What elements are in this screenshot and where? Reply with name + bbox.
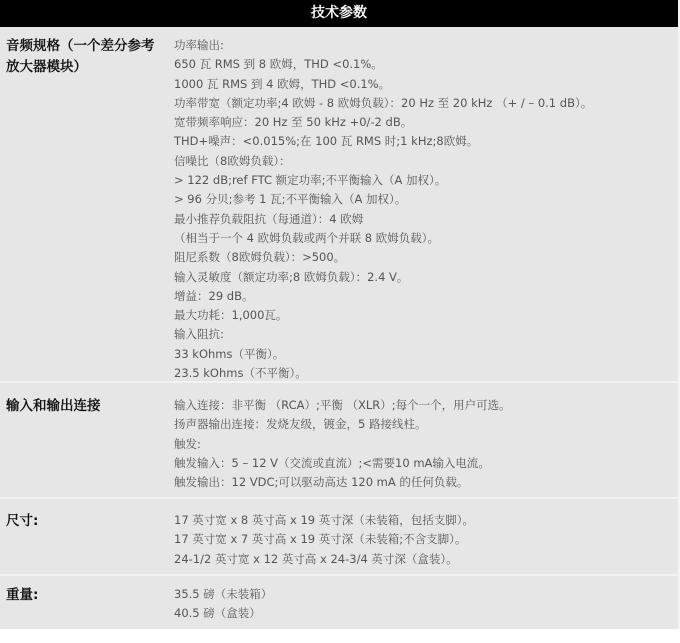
spec-line: 40.5 磅（盒装） (174, 604, 678, 623)
spec-line: 17 英寸宽 x 8 英寸高 x 19 英寸深（未装箱，包括支脚）。 (174, 511, 678, 530)
spec-line: 输入灵敏度（额定功率;8 欧姆负载）：2.4 V。 (174, 268, 678, 287)
spec-line: （相当于一个 4 欧姆负载或两个并联 8 欧姆负载）。 (174, 229, 678, 248)
spec-table: 技术参数 音频规格（一个差分参考 放大器模块） 功率输出: 650 瓦 RMS … (0, 0, 680, 629)
spec-row-weight: 重量: 35.5 磅（未装箱） 40.5 磅（盒装） (0, 574, 678, 629)
spec-line: 输入阻抗: (174, 325, 678, 344)
spec-label-io: 输入和输出连接 (0, 396, 174, 497)
spec-line: 功率输出: (174, 36, 678, 55)
table-header: 技术参数 (0, 0, 678, 27)
spec-line: 信噪比（8欧姆负载）： (174, 152, 678, 171)
table-title: 技术参数 (311, 5, 367, 21)
spec-values-audio: 功率输出: 650 瓦 RMS 到 8 欧姆，THD <0.1%。 1000 瓦… (174, 35, 678, 381)
spec-line: > 96 分贝;参考 1 瓦;不平衡输入（A 加权）。 (174, 190, 678, 209)
spec-line: 增益：29 dB。 (174, 287, 678, 306)
spec-line: > 122 dB;ref FTC 额定功率;不平衡输入（A 加权）。 (174, 171, 678, 190)
spec-line: 触发: (174, 435, 678, 454)
spec-label-audio: 音频规格（一个差分参考 放大器模块） (0, 35, 174, 381)
spec-line: 33 kOhms（平衡）。 (174, 345, 678, 364)
spec-row-io: 输入和输出连接 输入连接：非平衡 （RCA）;平衡 （XLR）;每个一个，用户可… (0, 381, 678, 497)
spec-row-dimensions: 尺寸: 17 英寸宽 x 8 英寸高 x 19 英寸深（未装箱，包括支脚）。 1… (0, 497, 678, 574)
spec-line: 1000 瓦 RMS 到 4 欧姆，THD <0.1%。 (174, 75, 678, 94)
spec-line: 17 英寸宽 x 7 英寸高 x 19 英寸深（未装箱;不含支脚）。 (174, 530, 678, 549)
spec-line: 35.5 磅（未装箱） (174, 585, 678, 604)
spec-label-weight: 重量: (0, 585, 174, 629)
spec-label-dimensions: 尺寸: (0, 511, 174, 574)
label-line: 放大器模块） (6, 57, 174, 78)
spec-row-audio: 音频规格（一个差分参考 放大器模块） 功率输出: 650 瓦 RMS 到 8 欧… (0, 27, 678, 381)
spec-line: 阻尼系数（8欧姆负载）：>500。 (174, 248, 678, 267)
spec-line: 宽带频率响应：20 Hz 至 50 kHz +0/-2 dB。 (174, 113, 678, 132)
spec-values-io: 输入连接：非平衡 （RCA）;平衡 （XLR）;每个一个，用户可选。 扬声器输出… (174, 396, 678, 497)
spec-line: 24-1/2 英寸宽 x 12 英寸高 x 24-3/4 英寸深（盒装）。 (174, 550, 678, 569)
spec-line: 650 瓦 RMS 到 8 欧姆，THD <0.1%。 (174, 55, 678, 74)
spec-line: 扬声器输出连接：发烧友级，镀金，5 路接线柱。 (174, 415, 678, 434)
spec-values-dimensions: 17 英寸宽 x 8 英寸高 x 19 英寸深（未装箱，包括支脚）。 17 英寸… (174, 511, 678, 574)
spec-line: 最小推荐负载阻抗（每通道）：4 欧姆 (174, 210, 678, 229)
spec-line: 功率带宽（额定功率;4 欧姆 - 8 欧姆负载）：20 Hz 至 20 kHz … (174, 94, 678, 113)
spec-line: THD+噪声：<0.015%;在 100 瓦 RMS 时;1 kHz;8欧姆。 (174, 132, 678, 151)
spec-values-weight: 35.5 磅（未装箱） 40.5 磅（盒装） (174, 585, 678, 629)
spec-line: 最大功耗：1,000瓦。 (174, 306, 678, 325)
spec-line: 触发输出：12 VDC;可以驱动高达 120 mA 的任何负载。 (174, 473, 678, 492)
label-line: 音频规格（一个差分参考 (6, 36, 174, 57)
spec-line: 触发输入：5 – 12 V（交流或直流）;<需要10 mA输入电流。 (174, 454, 678, 473)
spec-line: 输入连接：非平衡 （RCA）;平衡 （XLR）;每个一个，用户可选。 (174, 396, 678, 415)
